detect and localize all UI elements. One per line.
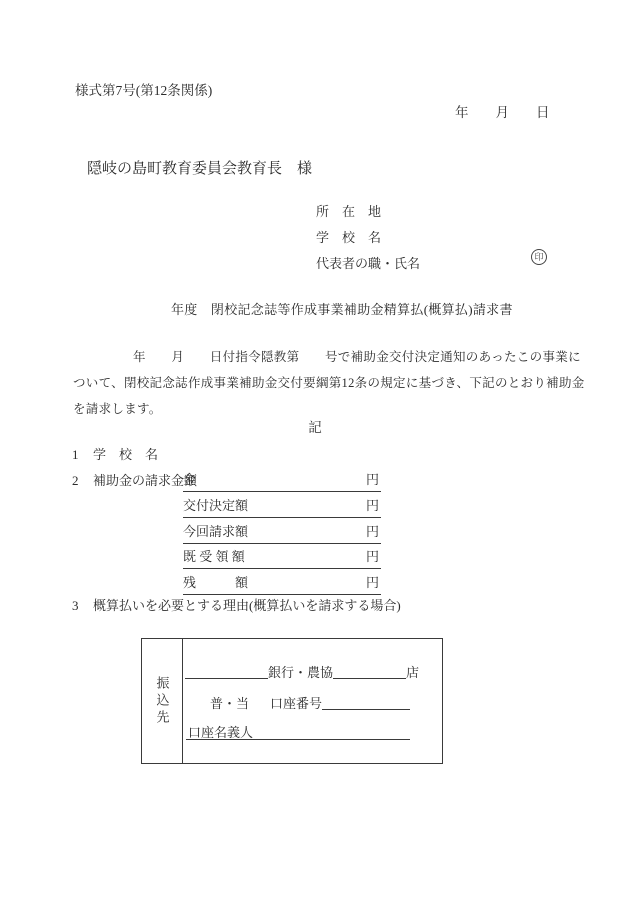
document-page: 様式第7号(第12条関係) 年 月 日 隠岐の島町教育委員会教育長 様 所 在 … bbox=[0, 0, 630, 915]
bank-row: 銀行・農協 店 bbox=[185, 663, 419, 679]
bank-type-label: 銀行・農協 bbox=[268, 666, 333, 679]
amount-row-balance: 残 額 円 bbox=[183, 576, 381, 595]
transfer-account-box: 振込先 銀行・農協 店 普・当 口座番号 口座名義人 bbox=[141, 638, 443, 764]
item3-number: 3 bbox=[72, 599, 79, 612]
branch-suffix-label: 店 bbox=[406, 666, 419, 679]
branch-name-blank bbox=[333, 663, 406, 679]
amount-label: 既 受 領 額 bbox=[183, 550, 245, 563]
item1-school-name-label: 学 校 名 bbox=[93, 448, 158, 461]
account-number-label: 口座番号 bbox=[270, 697, 322, 710]
transfer-destination-label: 振込先 bbox=[156, 676, 169, 727]
transfer-box-fields: 銀行・農協 店 普・当 口座番号 口座名義人 bbox=[183, 639, 442, 763]
item1-number: 1 bbox=[72, 448, 79, 461]
amount-label: 残 額 bbox=[183, 576, 248, 589]
account-number-row: 普・当 口座番号 bbox=[210, 694, 410, 710]
amount-label: 金 bbox=[183, 473, 196, 486]
account-holder-label: 口座名義人 bbox=[188, 726, 253, 739]
amount-row-already-received: 既 受 領 額 円 bbox=[183, 550, 381, 569]
item3-reason-label: 概算払いを必要とする理由(概算払いを請求する場合) bbox=[93, 599, 401, 612]
yen-unit-label: 円 bbox=[366, 550, 381, 563]
account-number-blank bbox=[322, 694, 410, 710]
amount-row-grant-decision: 交付決定額 円 bbox=[183, 499, 381, 518]
yen-unit-label: 円 bbox=[366, 525, 381, 538]
yen-unit-label: 円 bbox=[366, 473, 381, 486]
account-holder-line: 口座名義人 bbox=[186, 724, 410, 740]
body-paragraph-line-1: 年 月 日付指令隠教第 号で補助金交付決定通知のあったこの事業に bbox=[133, 351, 581, 364]
transfer-box-label-cell: 振込先 bbox=[142, 639, 183, 763]
amount-label: 今回請求額 bbox=[183, 525, 248, 538]
form-number: 様式第7号(第12条関係) bbox=[75, 84, 212, 98]
amount-row-total: 金 円 bbox=[183, 473, 381, 492]
sender-representative-label: 代表者の職・氏名 bbox=[316, 257, 420, 270]
sender-location-label: 所 在 地 bbox=[316, 205, 381, 218]
body-paragraph-line-2: ついて、閉校記念誌作成事業補助金交付要綱第12条の規定に基づき、下記のとおり補助… bbox=[73, 377, 585, 390]
addressee-line: 隠岐の島町教育委員会教育長 様 bbox=[87, 162, 312, 177]
amount-row-current-request: 今回請求額 円 bbox=[183, 525, 381, 544]
body-paragraph-line-3: を請求します。 bbox=[73, 403, 162, 416]
seal-stamp-icon: 印 bbox=[531, 249, 547, 265]
bank-name-blank bbox=[185, 663, 268, 679]
account-type-label: 普・当 bbox=[210, 697, 249, 710]
yen-unit-label: 円 bbox=[366, 576, 381, 589]
yen-unit-label: 円 bbox=[366, 499, 381, 512]
item2-number: 2 bbox=[72, 474, 79, 487]
sender-school-label: 学 校 名 bbox=[316, 231, 381, 244]
amount-label: 交付決定額 bbox=[183, 499, 248, 512]
document-title: 年度 閉校記念誌等作成事業補助金精算払(概算払)請求書 bbox=[171, 303, 513, 316]
date-line: 年 月 日 bbox=[455, 106, 550, 120]
seal-character: 印 bbox=[534, 253, 543, 262]
item2-request-amount-label: 補助金の請求金額 bbox=[93, 474, 197, 487]
account-holder-row: 口座名義人 bbox=[186, 724, 410, 740]
record-heading: 記 bbox=[0, 421, 630, 435]
